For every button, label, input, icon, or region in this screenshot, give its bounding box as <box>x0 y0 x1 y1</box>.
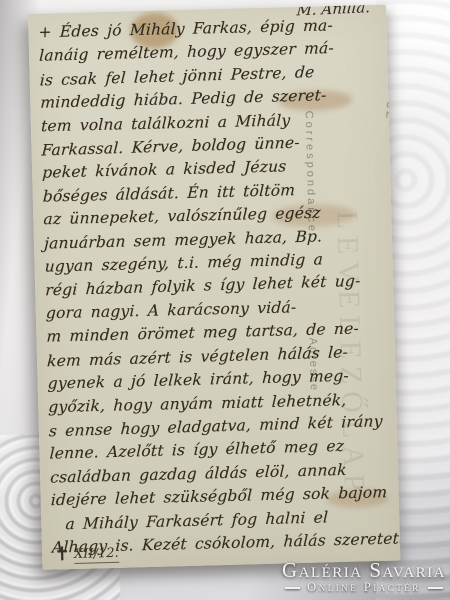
photo-of-postcard: LEVELEZŐLAP Correspondance Adresse 82 + … <box>0 0 450 600</box>
handwriting-lines: + Édes jó Mihály Farkas, épig ma-lanáig … <box>38 13 398 560</box>
watermark-subtitle: Online Piactér <box>307 580 421 595</box>
watermark-dash-left <box>285 587 300 589</box>
date-text: XII/12. <box>74 546 119 564</box>
date-note: ✝XII/12. <box>54 542 119 566</box>
cross-mark: ✝ <box>54 543 70 565</box>
watermark-dash-right <box>428 587 443 589</box>
postcard: LEVELEZŐLAP Correspondance Adresse 82 + … <box>28 5 400 570</box>
gallery-watermark: Galéria Savaria Online Piactér <box>282 560 446 595</box>
watermark-title: Galéria Savaria <box>282 560 446 580</box>
watermark-subtitle-row: Online Piactér <box>282 580 446 595</box>
